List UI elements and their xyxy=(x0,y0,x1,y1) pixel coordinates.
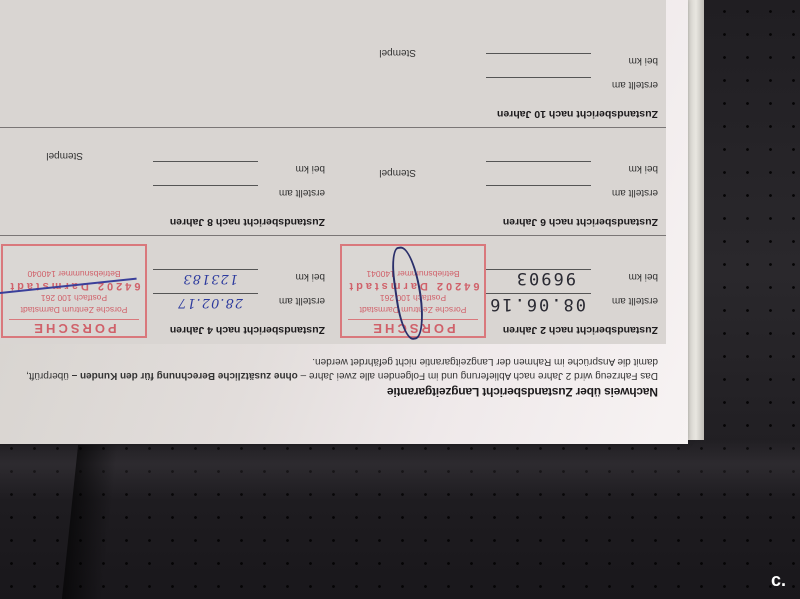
created-label: erstellt am xyxy=(612,295,658,306)
km-label: bei km xyxy=(629,271,658,282)
created-line xyxy=(153,185,258,186)
section-title: Zustandsbericht nach 2 Jahren xyxy=(503,324,658,336)
intro-bold-text: ohne zusätzliche Berechnung für den Kund… xyxy=(72,370,298,381)
porsche-logo: PORSCHE xyxy=(9,319,139,334)
stamp-placeholder: Stempel xyxy=(379,47,416,58)
section-8-years: Zustandsbericht nach 8 Jahren erstellt a… xyxy=(0,128,333,236)
km-line xyxy=(486,161,591,162)
km-label: bei km xyxy=(296,271,325,282)
seat-seam xyxy=(0,440,800,500)
created-line xyxy=(486,185,591,186)
section-6-years: Zustandsbericht nach 6 Jahren erstellt a… xyxy=(333,128,666,236)
stamp-placeholder: Stempel xyxy=(46,150,83,161)
document-intro: Das Fahrzeug wird 2 Jahre nach Ablieferu… xyxy=(18,354,658,382)
section-10-years: Zustandsbericht nach 10 Jahren erstellt … xyxy=(333,20,666,128)
created-date-value: 28.02.17 xyxy=(177,295,243,310)
km-line xyxy=(153,161,258,162)
section-2-years: Zustandsbericht nach 2 Jahren erstellt a… xyxy=(333,236,666,344)
km-value: 96903 xyxy=(515,268,576,288)
stamp-placeholder: Stempel xyxy=(379,167,416,178)
section-title: Zustandsbericht nach 6 Jahren xyxy=(503,216,658,228)
watermark-logo: c. xyxy=(771,570,786,591)
km-label: bei km xyxy=(629,55,658,66)
created-line xyxy=(486,77,591,78)
km-value: 123183 xyxy=(182,271,238,286)
km-label: bei km xyxy=(296,163,325,174)
km-line xyxy=(486,53,591,54)
intro-text: Das Fahrzeug wird 2 Jahre nach Ablieferu… xyxy=(298,370,658,381)
created-label: erstellt am xyxy=(279,295,325,306)
report-grid: Zustandsbericht nach 2 Jahren erstellt a… xyxy=(0,0,666,344)
stamp-postbox: Postfach 100 261 xyxy=(3,292,145,304)
stamp-dealer-name: Porsche Zentrum Darmstadt xyxy=(3,304,145,316)
section-title: Zustandsbericht nach 8 Jahren xyxy=(170,216,325,228)
section-4-years: Zustandsbericht nach 4 Jahren erstellt a… xyxy=(0,236,333,344)
km-label: bei km xyxy=(629,163,658,174)
created-label: erstellt am xyxy=(279,187,325,198)
created-label: erstellt am xyxy=(612,187,658,198)
km-line xyxy=(153,269,258,270)
created-line xyxy=(153,293,258,294)
paper-stack-edge xyxy=(688,0,704,440)
created-date-value: 08.06.16 xyxy=(488,294,586,314)
warranty-document: Nachweis über Zustandsbericht Langzeitga… xyxy=(0,0,688,444)
document-heading: Nachweis über Zustandsbericht Langzeitga… xyxy=(387,385,658,399)
section-title: Zustandsbericht nach 4 Jahren xyxy=(170,324,325,336)
created-label: erstellt am xyxy=(612,79,658,90)
section-title: Zustandsbericht nach 10 Jahren xyxy=(497,108,658,120)
